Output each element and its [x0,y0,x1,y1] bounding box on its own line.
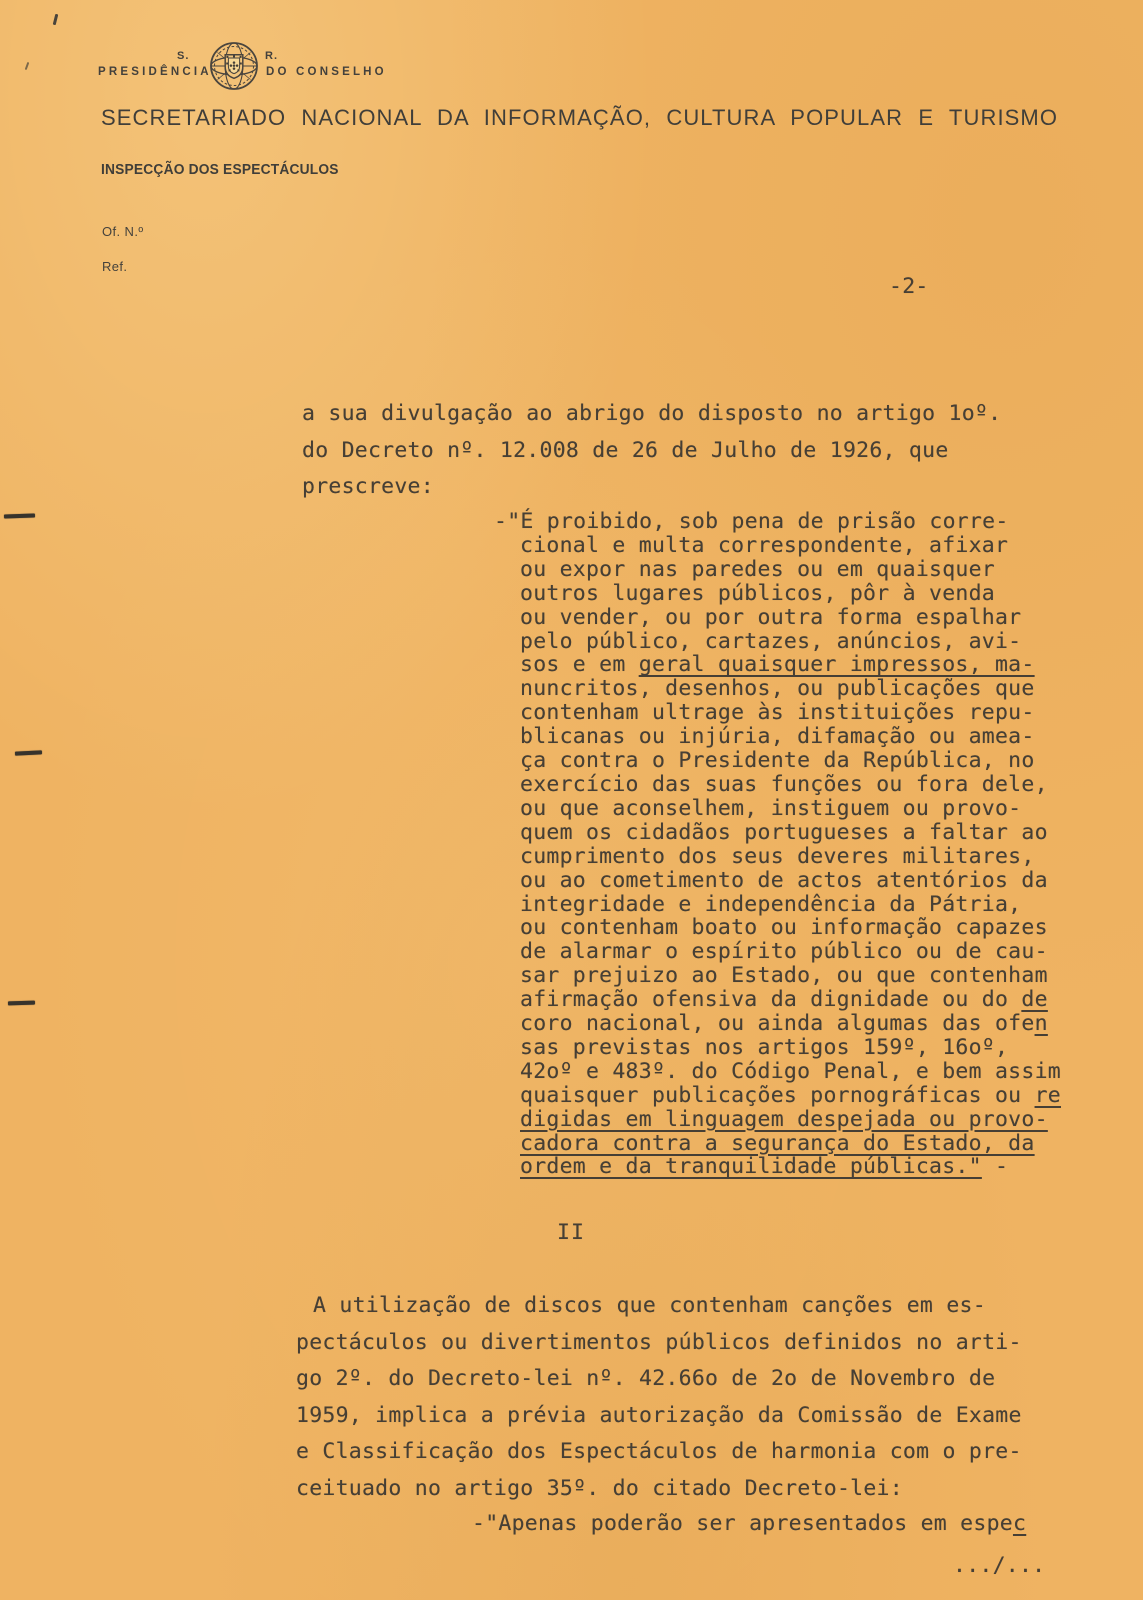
ministry-r-label: R. [265,50,278,62]
text-line: integridade e independência da Pátria, [520,893,1061,917]
stray-mark [53,14,59,25]
text-segment: ou ao cometimento de actos atentórios da [520,868,1048,893]
text-segment: ou que aconselhem, instiguem ou provo- [520,796,1021,821]
text-line: contenham ultrage às instituições repu- [520,701,1061,725]
text-line: ceituado no artigo 35º. do citado Decret… [296,1471,1022,1508]
stray-mark [25,62,30,70]
office-number-label: Of. N.º [102,224,144,239]
section-heading: II [557,1220,585,1245]
text-line: sos e em geral quaisquer impressos, ma- [520,653,1061,677]
text-segment: exercício das suas funções ou fora dele, [520,772,1048,797]
section-paragraph: A utilização de discos que contenham can… [296,1288,1022,1508]
text-segment: pelo público, cartazes, anúncios, avi- [520,629,1021,654]
text-segment: contenham ultrage às instituições repu- [520,700,1035,725]
text-segment: - [982,1154,1008,1179]
text-segment: integridade e independência da Pátria, [520,892,1021,917]
text-line: A utilização de discos que contenham can… [296,1288,1022,1325]
text-line: cumprimento dos seus deveres militares, [520,845,1061,869]
underlined-text: re [1035,1083,1061,1108]
text-line: -"Apenas poderão ser apresentados em esp… [472,1512,1026,1536]
text-line: pelo público, cartazes, anúncios, avi- [520,630,1061,654]
continuation-mark: .../... [953,1553,1045,1578]
underlined-text: cadora contra a segurança do Estado, da [520,1131,1035,1156]
department-subtitle: INSPECÇÃO DOS ESPECTÁCULOS [101,162,339,178]
text-segment: cumprimento dos seus deveres militares, [520,844,1035,869]
text-line: 1959, implica a prévia autorização da Co… [296,1398,1022,1435]
text-segment: quaisquer publicações pornográficas ou [520,1083,1035,1108]
underlined-text: ordem e da tranquilidade públicas." [520,1154,982,1179]
text-segment: ou vender, ou por outra forma espalhar [520,605,1021,630]
underlined-text: c [1013,1511,1026,1536]
text-segment: 42oº e 483º. do Código Penal, e bem assi… [520,1059,1061,1084]
document-page: S. R. PRESIDÊNCIA DO CONSELHO [0,0,1143,1600]
text-segment: quem os cidadãos portugueses a faltar ao [520,820,1048,845]
margin-mark [15,750,42,755]
ministry-name-left: PRESIDÊNCIA [98,66,212,78]
text-line: ça contra o Presidente da República, no [520,749,1061,773]
margin-mark [4,513,35,518]
text-segment: -"É proibido, sob pena de prisão corre- [494,509,1009,534]
portugal-coat-of-arms-icon [209,41,259,91]
page-number: -2- [889,274,929,299]
text-line: nuncritos, desenhos, ou publicações que [520,677,1061,701]
text-line: ou contenham boato ou informação capazes [520,916,1061,940]
text-line: quaisquer publicações pornográficas ou r… [520,1084,1061,1108]
text-line: exercício das suas funções ou fora dele, [520,773,1061,797]
underlined-text: digidas em linguagem despejada ou provo- [520,1107,1048,1132]
text-line: sar prejuizo ao Estado, ou que contenham [520,964,1061,988]
text-line: de alarmar o espírito público ou de cau- [520,940,1061,964]
text-segment: sos e em [520,652,639,677]
text-segment: ça contra o Presidente da República, no [520,748,1035,773]
ministry-name-right: DO CONSELHO [266,66,387,78]
second-quotation: -"Apenas poderão ser apresentados em esp… [472,1512,1026,1536]
text-line: -"É proibido, sob pena de prisão corre- [494,510,1061,534]
text-segment: ou contenham boato ou informação capazes [520,915,1048,940]
text-line: sas previstas nos artigos 159º, 16oº, [520,1036,1061,1060]
text-segment: go 2º. do Decreto-lei nº. 42.66o de 2o d… [296,1366,995,1391]
text-segment: pectáculos ou divertimentos públicos def… [296,1330,1022,1355]
reference-label: Ref. [102,259,127,274]
text-segment: cional e multa correspondente, afixar [520,533,1008,558]
margin-mark [8,1001,35,1006]
text-line: ordem e da tranquilidade públicas." - [520,1155,1061,1179]
text-line: pectáculos ou divertimentos públicos def… [296,1325,1022,1362]
underlined-text: geral quaisquer impressos, ma- [639,652,1035,677]
text-line: ou ao cometimento de actos atentórios da [520,869,1061,893]
text-segment: a sua divulgação ao abrigo do disposto n… [302,401,1001,426]
text-line: ou que aconselhem, instiguem ou provo- [520,797,1061,821]
text-line: go 2º. do Decreto-lei nº. 42.66o de 2o d… [296,1361,1022,1398]
text-segment: A utilização de discos que contenham can… [313,1293,986,1318]
text-line: e Classificação dos Espectáculos de harm… [296,1434,1022,1471]
text-segment: blicanas ou injúria, difamação ou amea- [520,724,1035,749]
text-segment: sar prejuizo ao Estado, ou que contenham [520,963,1048,988]
text-line: cional e multa correspondente, afixar [520,534,1061,558]
text-line: outros lugares públicos, pôr à venda [520,582,1061,606]
text-segment: 1959, implica a prévia autorização da Co… [296,1403,1022,1428]
text-segment: afirmação ofensiva da dignidade ou do [520,987,1021,1012]
text-segment: prescreve: [302,474,434,499]
text-line: coro nacional, ou ainda algumas das ofen [520,1012,1061,1036]
text-line: do Decreto nº. 12.008 de 26 de Julho de … [302,433,1001,470]
text-segment: -"Apenas poderão ser apresentados em esp… [472,1511,1013,1536]
decree-quotation: -"É proibido, sob pena de prisão corre-c… [520,510,1061,1179]
text-line: a sua divulgação ao abrigo do disposto n… [302,396,1001,433]
text-segment: ceituado no artigo 35º. do citado Decret… [296,1476,903,1501]
text-segment: de alarmar o espírito público ou de cau- [520,939,1048,964]
text-line: ou vender, ou por outra forma espalhar [520,606,1061,630]
text-segment: do Decreto nº. 12.008 de 26 de Julho de … [302,438,949,463]
text-segment: nuncritos, desenhos, ou publicações que [520,676,1035,701]
text-line: afirmação ofensiva da dignidade ou do de [520,988,1061,1012]
intro-paragraph: a sua divulgação ao abrigo do disposto n… [302,396,1001,506]
underlined-text: de [1021,987,1047,1012]
underlined-text: n [1035,1011,1048,1036]
text-line: blicanas ou injúria, difamação ou amea- [520,725,1061,749]
text-segment: sas previstas nos artigos 159º, 16oº, [520,1035,1008,1060]
text-line: cadora contra a segurança do Estado, da [520,1132,1061,1156]
ministry-s-label: S. [177,50,189,62]
text-line: digidas em linguagem despejada ou provo- [520,1108,1061,1132]
text-line: prescreve: [302,469,1001,506]
text-line: 42oº e 483º. do Código Penal, e bem assi… [520,1060,1061,1084]
text-segment: outros lugares públicos, pôr à venda [520,581,995,606]
text-line: ou expor nas paredes ou em quaisquer [520,558,1061,582]
text-segment: coro nacional, ou ainda algumas das ofe [520,1011,1035,1036]
text-line: quem os cidadãos portugueses a faltar ao [520,821,1061,845]
organization-title: SECRETARIADO NACIONAL DA INFORMAÇÃO, CUL… [101,105,1058,131]
text-segment: ou expor nas paredes ou em quaisquer [520,557,995,582]
text-segment: e Classificação dos Espectáculos de harm… [296,1439,1022,1464]
